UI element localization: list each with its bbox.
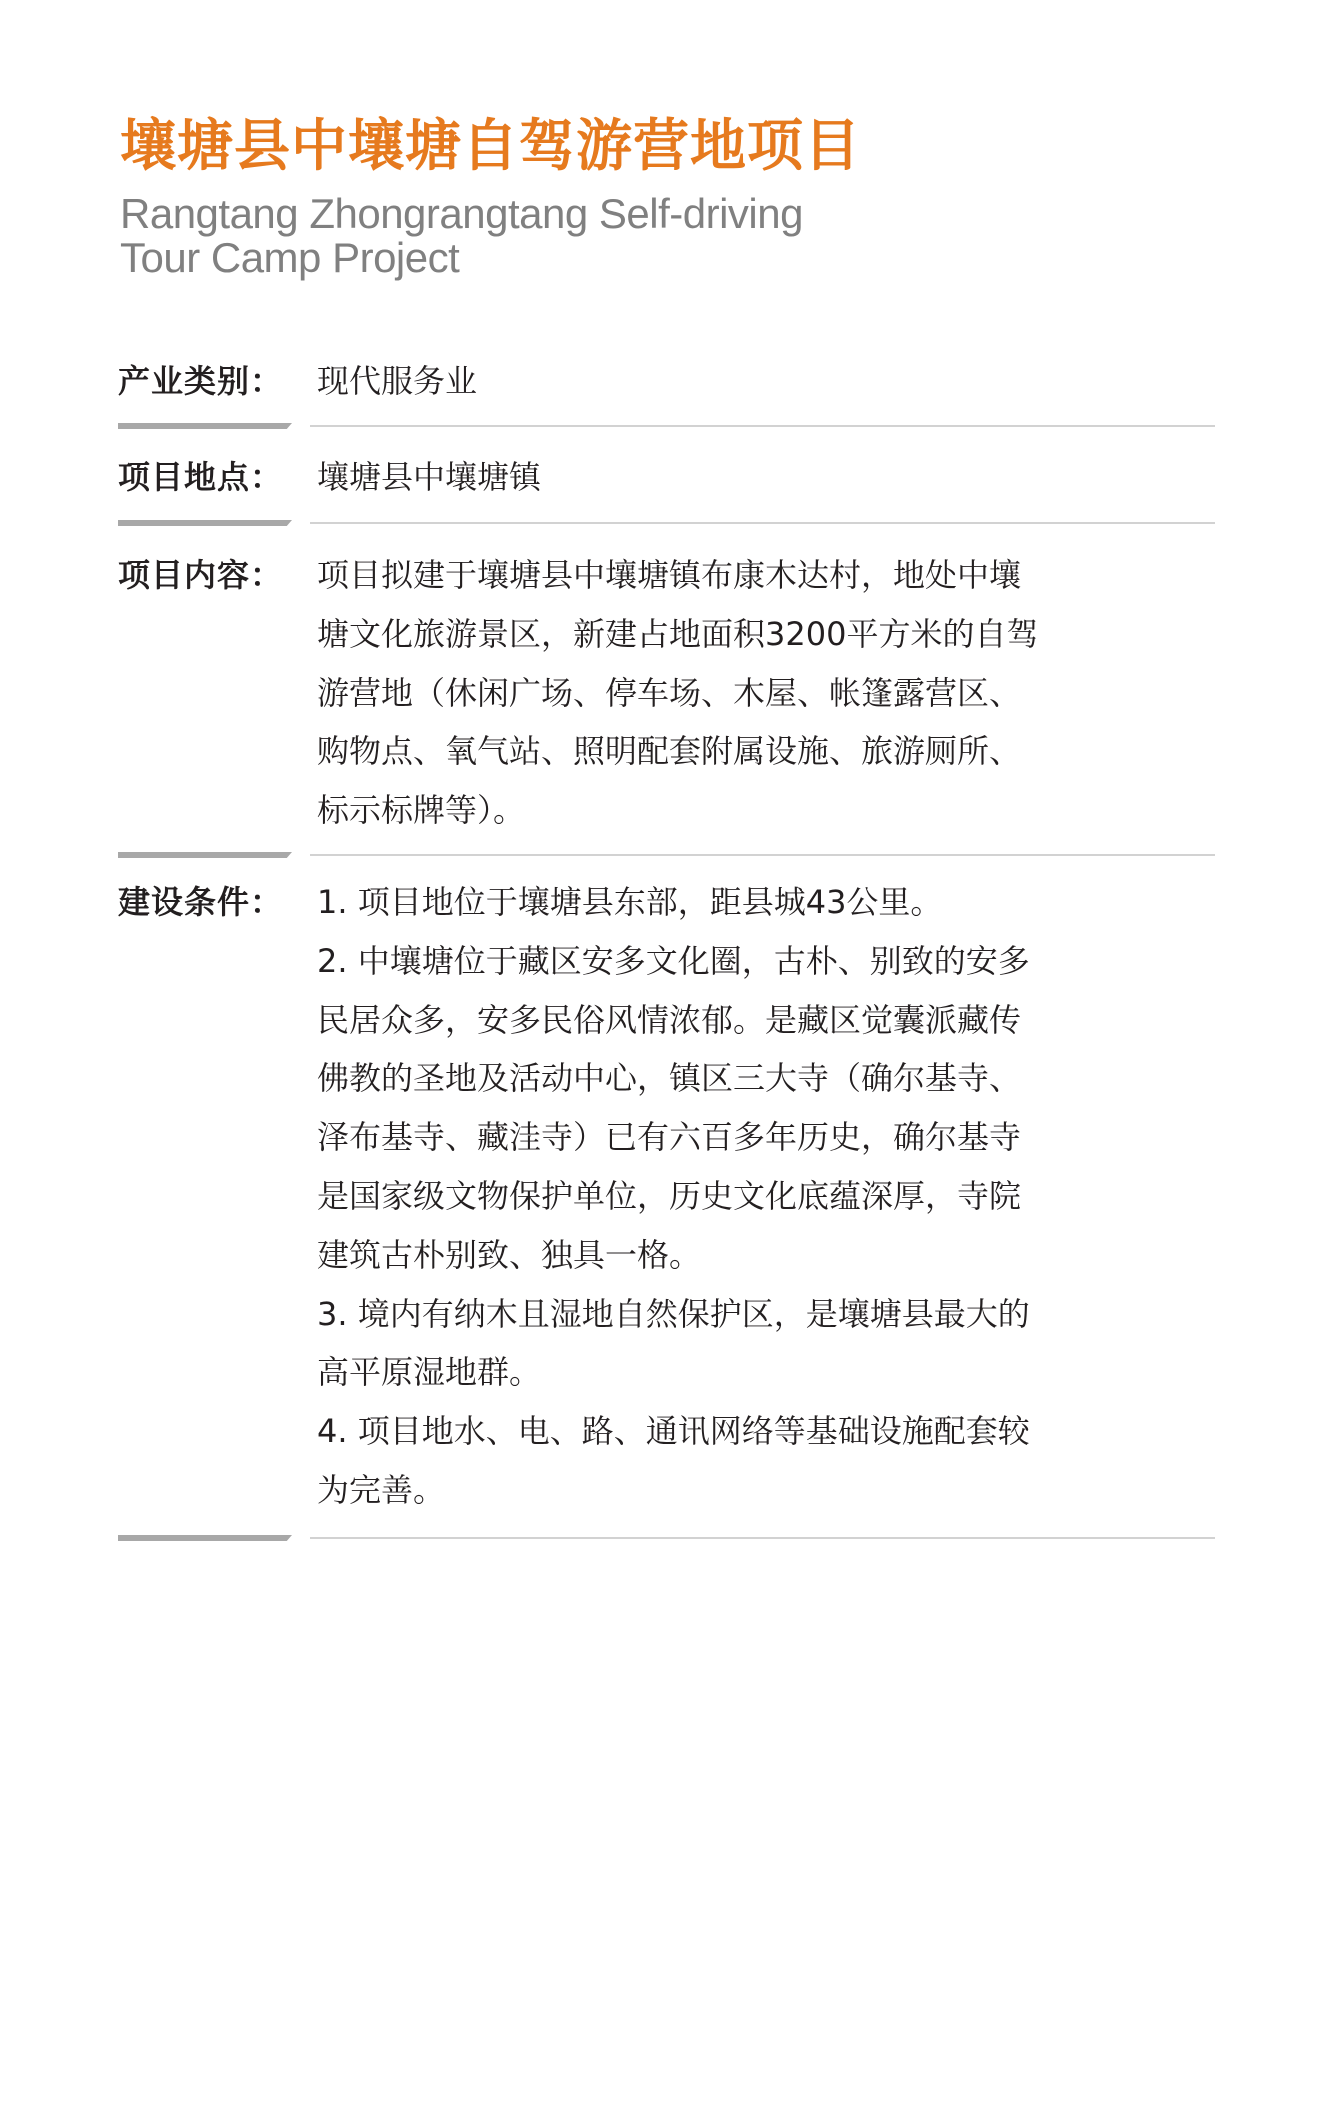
divider [118, 852, 1215, 858]
divider-thick [118, 423, 292, 429]
field-label: 产业类别： [118, 352, 310, 410]
page-subtitle-en: Rangtang Zhongrangtang Self-driving Tour… [120, 192, 803, 280]
value-line: 现代服务业 [317, 352, 1217, 411]
value-line: 是国家级文物保护单位，历史文化底蕴深厚，寺院 [317, 1167, 1217, 1226]
value-line: 购物点、氧气站、照明配套附属设施、旅游厕所、 [317, 722, 1217, 781]
value-line: 壤塘县中壤塘镇 [317, 448, 1217, 507]
value-line: 项目拟建于壤塘县中壤塘镇布康木达村，地处中壤 [317, 546, 1217, 605]
divider-thick [118, 1535, 292, 1541]
subtitle-line: Tour Camp Project [120, 236, 803, 280]
field-value: 现代服务业 [317, 352, 1217, 411]
divider-thin [310, 1537, 1215, 1539]
value-line: 泽布基寺、藏洼寺）已有六百多年历史，确尔基寺 [317, 1108, 1217, 1167]
divider-thin [310, 522, 1215, 524]
value-line: 塘文化旅游景区，新建占地面积3200平方米的自驾 [317, 605, 1217, 664]
divider [118, 1535, 1215, 1541]
value-line: 3. 境内有纳木且湿地自然保护区，是壤塘县最大的 [317, 1285, 1217, 1344]
divider-thick [118, 520, 292, 526]
field-value: 壤塘县中壤塘镇 [317, 448, 1217, 507]
value-line: 为完善。 [317, 1461, 1217, 1520]
value-line: 高平原湿地群。 [317, 1343, 1217, 1402]
value-line: 佛教的圣地及活动中心，镇区三大寺（确尔基寺、 [317, 1049, 1217, 1108]
field-label: 项目内容： [118, 546, 310, 604]
divider [118, 423, 1215, 429]
page-title: 壤塘县中壤塘自驾游营地项目 [120, 112, 861, 182]
subtitle-line: Rangtang Zhongrangtang Self-driving [120, 192, 803, 236]
value-line: 民居众多，安多民俗风情浓郁。是藏区觉囊派藏传 [317, 991, 1217, 1050]
divider [118, 520, 1215, 526]
field-label: 建设条件： [118, 873, 310, 931]
value-line: 建筑古朴别致、独具一格。 [317, 1226, 1217, 1285]
field-value: 1. 项目地位于壤塘县东部，距县城43公里。 2. 中壤塘位于藏区安多文化圈，古… [317, 873, 1217, 1520]
field-label: 项目地点： [118, 448, 310, 506]
value-line: 2. 中壤塘位于藏区安多文化圈，古朴、别致的安多 [317, 932, 1217, 991]
divider-thin [310, 854, 1215, 856]
value-line: 4. 项目地水、电、路、通讯网络等基础设施配套较 [317, 1402, 1217, 1461]
value-line: 标示标牌等）。 [317, 781, 1217, 840]
value-line: 游营地（休闲广场、停车场、木屋、帐篷露营区、 [317, 664, 1217, 723]
field-value: 项目拟建于壤塘县中壤塘镇布康木达村，地处中壤 塘文化旅游景区，新建占地面积320… [317, 546, 1217, 840]
divider-thick [118, 852, 292, 858]
value-line: 1. 项目地位于壤塘县东部，距县城43公里。 [317, 873, 1217, 932]
divider-thin [310, 425, 1215, 427]
